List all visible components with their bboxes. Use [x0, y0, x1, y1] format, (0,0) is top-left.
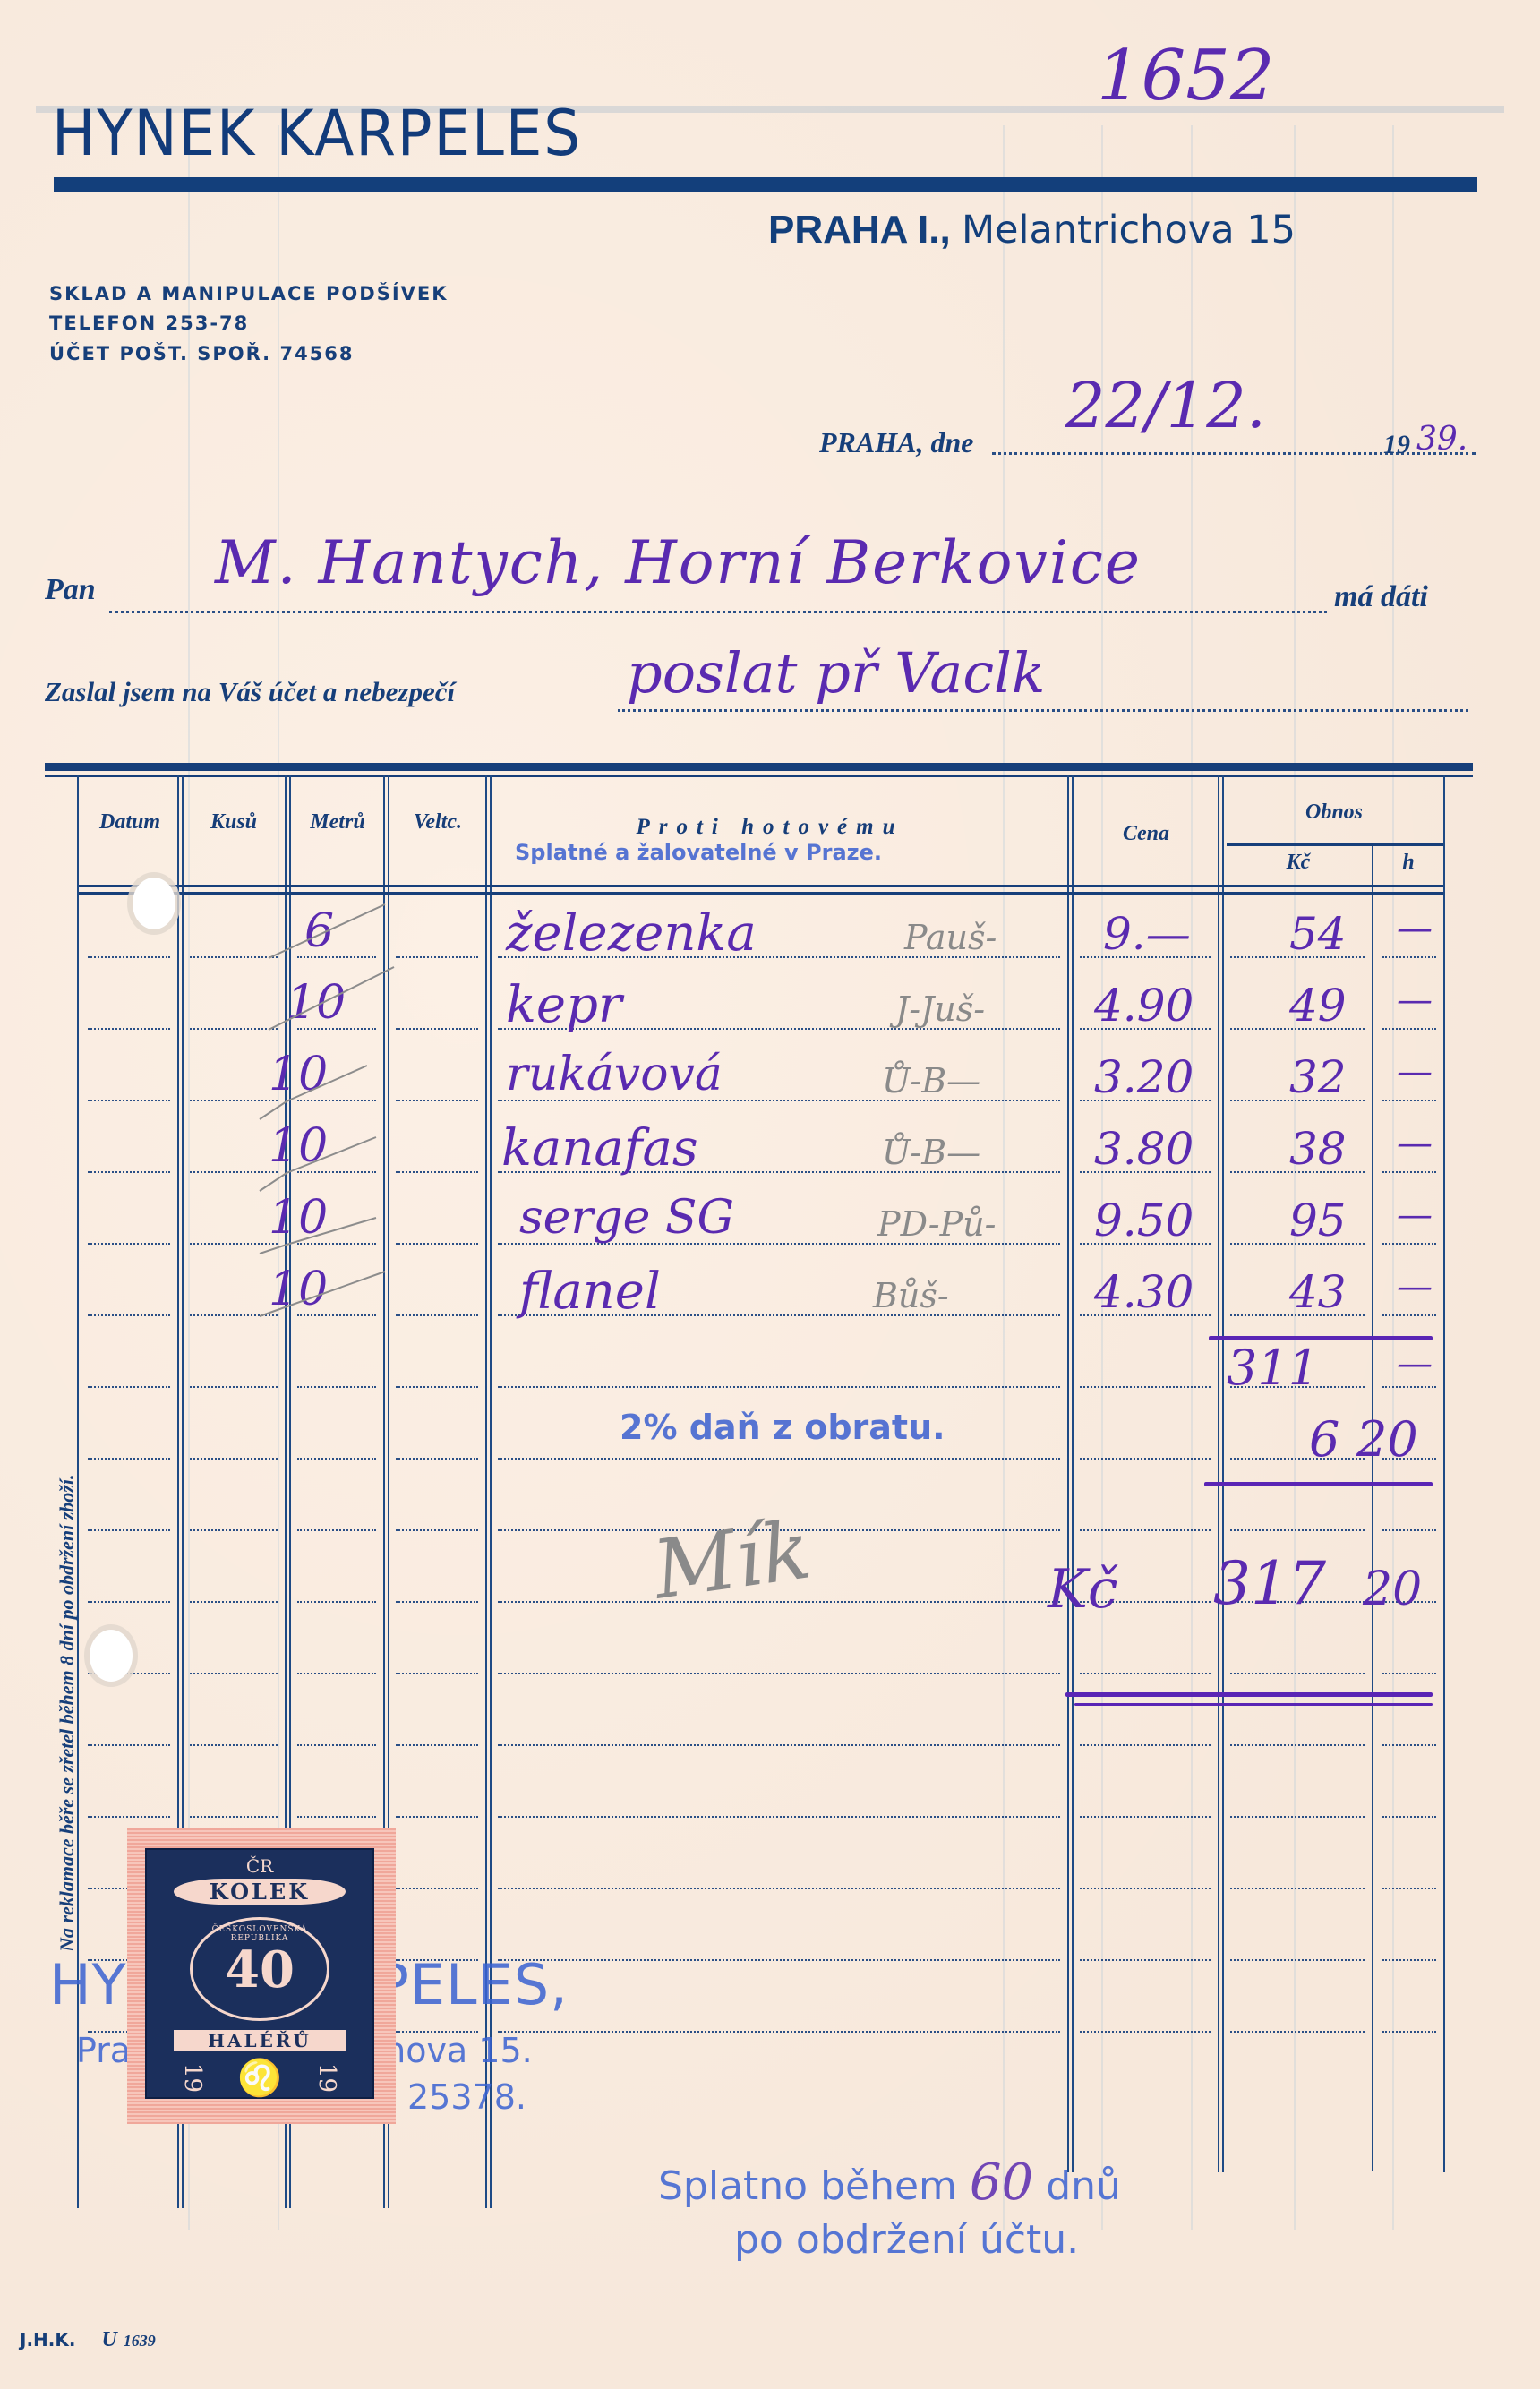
row-dotted-line: [1382, 1673, 1436, 1674]
shipping-label: Zaslal jsem na Váš účet a nebezpečí: [45, 676, 455, 708]
table-row: 10 rukávová Ů-B— 3.20 32 —: [0, 1048, 1540, 1119]
date-year-suffix: 39.: [1416, 421, 1467, 458]
total-h: 20: [1363, 1563, 1422, 1616]
row-dotted-line: [1382, 1529, 1436, 1531]
header-kusu: Kusů: [184, 810, 284, 835]
row-dotted-line: [396, 1458, 478, 1460]
row-cena: 4.30: [1094, 1266, 1193, 1318]
row-dotted-line: [1230, 1816, 1365, 1818]
header-obnos-rule: [1227, 843, 1443, 846]
customer-label: Pan: [45, 573, 96, 607]
row-dotted-line: [88, 1601, 170, 1603]
row-dotted-line: [498, 1744, 1060, 1746]
complaints-note: Na reklamace běře se zřetel během 8 dní …: [56, 1475, 79, 1952]
row-dotted-line: [1382, 1888, 1436, 1889]
date-year-prefix: 19: [1383, 430, 1410, 460]
row-dotted-line: [1080, 1959, 1211, 1961]
row-h: —: [1397, 908, 1433, 949]
invoice-number: 1652: [1097, 36, 1275, 116]
row-dotted-line: [1080, 1458, 1211, 1460]
payment-stamp-line2: po obdržení účtu.: [734, 2217, 1079, 2263]
row-dotted-line: [498, 1959, 1060, 1961]
row-dotted-line: [190, 1529, 278, 1531]
shipping-dotted-line: [618, 709, 1468, 712]
date-day-month: 22/12.: [1065, 369, 1266, 442]
header-bottom-rule: [79, 885, 1443, 887]
row-dotted-line: [396, 1601, 478, 1603]
payment-stamp-prefix: Splatno během: [658, 2163, 957, 2209]
customer-name: M. Hantych, Horní Berkovice: [215, 528, 1142, 597]
revenue-stamp-year-right: 19: [313, 2057, 340, 2099]
row-dotted-line: [498, 1601, 1060, 1603]
row-dotted-line: [297, 1458, 376, 1460]
row-dotted-line: [396, 1888, 478, 1889]
row-note: Pauš-: [904, 918, 997, 957]
letterhead-rule: [54, 177, 1477, 192]
header-obnos: Obnos: [1225, 801, 1443, 825]
row-dotted-line: [396, 1744, 478, 1746]
header-bottom-rule-2: [79, 892, 1443, 895]
row-item: kepr: [506, 976, 622, 1034]
revenue-stamp-value: 40: [192, 1943, 327, 1997]
row-item: flanel: [519, 1263, 661, 1321]
row-cena: 9.50: [1094, 1194, 1193, 1246]
total-currency: Kč: [1048, 1558, 1117, 1621]
header-kc: Kč: [1225, 851, 1372, 875]
row-dotted-line: [1230, 1529, 1365, 1531]
row-h: —: [1397, 1194, 1433, 1236]
row-dotted-line: [1382, 1816, 1436, 1818]
row-dotted-line: [190, 1673, 278, 1674]
row-dotted-line: [1080, 1673, 1211, 1674]
row-dotted-line: [88, 1744, 170, 1746]
row-dotted-line: [297, 1744, 376, 1746]
row-dotted-line: [498, 2031, 1060, 2033]
row-dotted-line: [190, 1744, 278, 1746]
header-payable-stamp: Splatné a žalovatelné v Praze.: [515, 840, 882, 865]
row-dotted-line: [1230, 1744, 1365, 1746]
revenue-stamp-title: KOLEK: [174, 1879, 346, 1905]
table-row: 10 kepr J-Juš- 4.90 49 —: [0, 976, 1540, 1048]
row-kc: 32: [1289, 1051, 1347, 1103]
row-kc: 49: [1289, 980, 1347, 1032]
row-dotted-line: [1080, 1888, 1211, 1889]
row-dotted-line: [297, 1673, 376, 1674]
row-dotted-line: [1080, 1816, 1211, 1818]
invoice-paper: 1652 HYNEK KARPELES PRAHA I., Melantrich…: [0, 0, 1540, 2389]
row-cena: 3.80: [1094, 1123, 1193, 1175]
total-kc: 317: [1213, 1549, 1326, 1618]
tax-stamp: 2% daň z obratu.: [620, 1408, 945, 1447]
row-dotted-line: [190, 1458, 278, 1460]
row-dotted-line: [1230, 1673, 1365, 1674]
row-dotted-line: [498, 1673, 1060, 1674]
row-cena: 9.—: [1103, 908, 1191, 960]
row-dotted-line: [396, 1386, 478, 1388]
printer-mark: J.H.K. U 1639: [20, 2328, 156, 2352]
row-note: Ů-B—: [882, 1061, 980, 1100]
table-row: 10 flanel Bůš- 4.30 43 —: [0, 1263, 1540, 1334]
row-item: serge SG: [519, 1191, 734, 1245]
header-datum: Datum: [81, 810, 179, 835]
revenue-stamp: ČR KOLEK ČESKOSLOVENSKÁ REPUBLIKA 40 HAL…: [127, 1828, 396, 2124]
row-dotted-line: [190, 1386, 278, 1388]
printer-number: 1639: [124, 2332, 156, 2350]
row-dotted-line: [1080, 2031, 1211, 2033]
company-postal-account: ÚČET POŠT. SPOŘ. 74568: [49, 343, 355, 364]
row-item: rukávová: [506, 1048, 723, 1101]
table-top-rule-thin: [45, 775, 1473, 777]
row-dotted-line: [1080, 1386, 1211, 1388]
row-note: Bůš-: [873, 1276, 949, 1315]
row-dotted-line: [1080, 1744, 1211, 1746]
payment-stamp-line1: Splatno během 60 dnů: [658, 2154, 1121, 2212]
row-dotted-line: [88, 1386, 170, 1388]
company-street: Melantrichova 15: [962, 208, 1296, 253]
row-dotted-line: [190, 1601, 278, 1603]
row-dotted-line: [297, 1816, 376, 1818]
company-city: PRAHA I.,: [768, 208, 951, 252]
header-metru: Metrů: [291, 810, 384, 835]
lion-icon: ♌: [237, 2057, 282, 2099]
row-dotted-line: [297, 1601, 376, 1603]
printer-form: U: [101, 2328, 116, 2351]
revenue-stamp-top: ČR: [147, 1855, 372, 1877]
revenue-stamp-unit: HALÉŘŮ: [174, 2030, 346, 2051]
company-address: PRAHA I., Melantrichova 15: [768, 208, 1296, 253]
row-h: —: [1397, 1051, 1433, 1092]
company-business: SKLAD A MANIPULACE PODŠÍVEK: [49, 283, 449, 304]
row-dotted-line: [1230, 1959, 1365, 1961]
row-kc: 43: [1289, 1266, 1347, 1318]
punch-hole: [90, 1630, 133, 1682]
company-name: HYNEK KARPELES: [52, 97, 582, 170]
row-dotted-line: [498, 1816, 1060, 1818]
table-top-rule: [45, 763, 1473, 771]
pencil-check-marks: [251, 895, 483, 1325]
row-h: —: [1397, 1123, 1433, 1164]
row-dotted-line: [88, 1529, 170, 1531]
subtotal-h: —: [1397, 1343, 1433, 1384]
customer-suffix: má dáti: [1334, 580, 1428, 614]
header-h: h: [1373, 851, 1443, 875]
row-dotted-line: [1230, 1888, 1365, 1889]
row-dotted-line: [1080, 1529, 1211, 1531]
row-dotted-line: [396, 1529, 478, 1531]
header-cena: Cena: [1074, 822, 1218, 846]
table-row: 10 serge SG PD-Pů- 9.50 95 —: [0, 1191, 1540, 1263]
row-note: PD-Pů-: [877, 1204, 996, 1244]
row-dotted-line: [1382, 1386, 1436, 1388]
row-cena: 4.90: [1094, 980, 1193, 1032]
payment-stamp-suffix: dnů: [1046, 2163, 1121, 2209]
tax-rule: [1204, 1482, 1433, 1486]
row-dotted-line: [1382, 1959, 1436, 1961]
row-dotted-line: [1230, 2031, 1365, 2033]
revenue-stamp-year-left: 19: [179, 2057, 206, 2099]
row-item: železenka: [506, 904, 757, 963]
total-double-rule-2: [1074, 1703, 1433, 1706]
row-dotted-line: [498, 1888, 1060, 1889]
company-phone: TELEFON 253-78: [49, 313, 249, 334]
company-stamp-line3: 25378.: [407, 2077, 526, 2117]
customer-dotted-line: [109, 611, 1327, 613]
row-dotted-line: [1230, 1458, 1365, 1460]
row-dotted-line: [396, 1673, 478, 1674]
total-double-rule: [1065, 1692, 1433, 1697]
row-kc: 54: [1289, 908, 1347, 960]
row-dotted-line: [396, 1816, 478, 1818]
date-label: PRAHA, dne: [819, 426, 973, 459]
subtotal-kc: 311: [1227, 1340, 1319, 1396]
table-row: 6 železenka Pauš- 9.— 54 —: [0, 904, 1540, 976]
row-note: Ů-B—: [882, 1133, 980, 1172]
row-kc: 95: [1289, 1194, 1347, 1246]
row-dotted-line: [88, 1458, 170, 1460]
revenue-stamp-face: ČR KOLEK ČESKOSLOVENSKÁ REPUBLIKA 40 HAL…: [145, 1848, 374, 2099]
header-description: Proti hotovému: [537, 815, 1003, 840]
table-row: 10 kanafas Ů-B— 3.80 38 —: [0, 1119, 1540, 1191]
tax-kc: 6: [1309, 1411, 1339, 1468]
row-h: —: [1397, 980, 1433, 1021]
revenue-stamp-years: 19 ♌ 19: [147, 2051, 372, 2099]
tax-h: 20: [1356, 1411, 1418, 1468]
printer-code: J.H.K.: [20, 2329, 75, 2350]
row-kc: 38: [1289, 1123, 1347, 1175]
revenue-stamp-ring: ČESKOSLOVENSKÁ REPUBLIKA 40: [190, 1917, 329, 2021]
row-dotted-line: [1382, 1744, 1436, 1746]
payment-days: 60: [970, 2154, 1033, 2212]
row-dotted-line: [297, 1529, 376, 1531]
row-dotted-line: [88, 1816, 170, 1818]
header-veltc: Veltc.: [389, 810, 486, 835]
row-note: J-Juš-: [895, 989, 985, 1029]
row-h: —: [1397, 1266, 1433, 1307]
row-dotted-line: [498, 1458, 1060, 1460]
shipping-value: poslat př Vaclk: [627, 640, 1045, 706]
row-cena: 3.20: [1094, 1051, 1193, 1103]
row-dotted-line: [297, 1386, 376, 1388]
row-dotted-line: [190, 1816, 278, 1818]
row-dotted-line: [1382, 2031, 1436, 2033]
row-item: kanafas: [501, 1119, 698, 1177]
row-dotted-line: [498, 1386, 1060, 1388]
